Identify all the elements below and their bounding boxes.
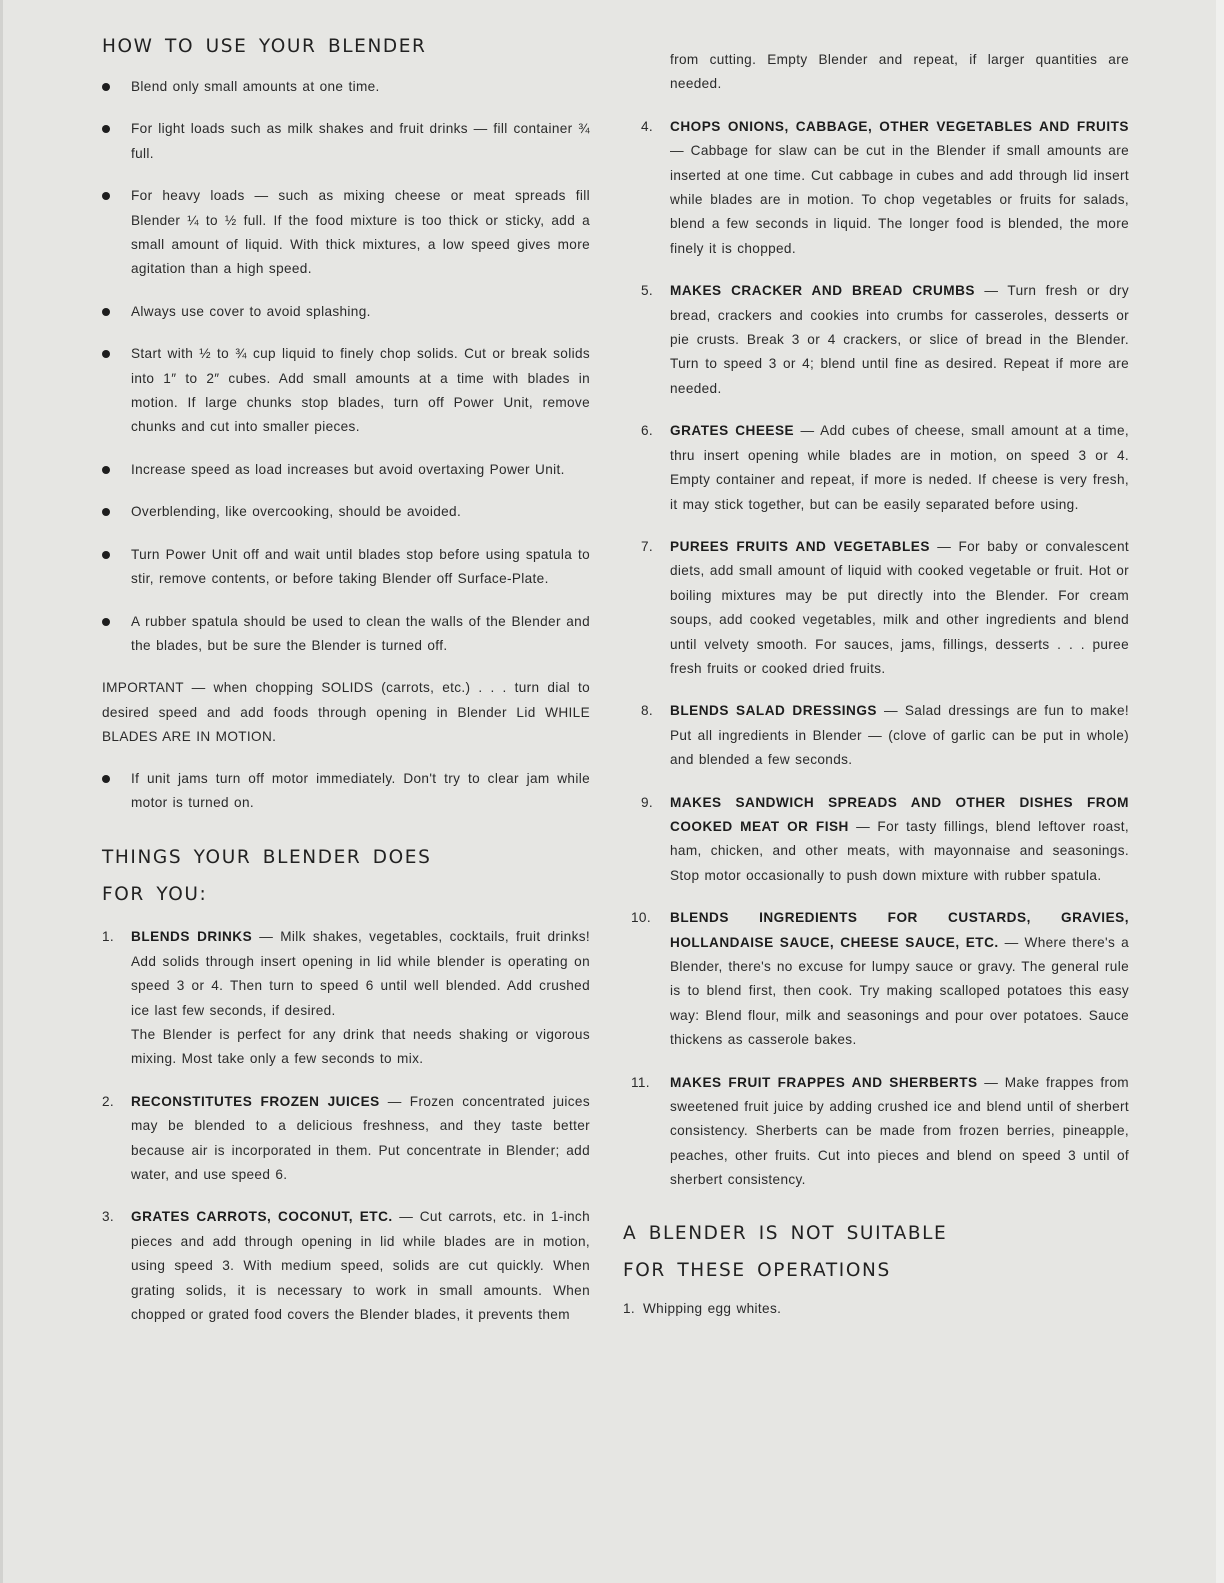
list-item: Overblending, like overcooking, should b… bbox=[102, 500, 590, 524]
item-title: GRATES CARROTS, COCONUT, ETC. bbox=[131, 1209, 393, 1224]
list-item: For heavy loads — such as mixing cheese … bbox=[102, 184, 590, 282]
tip-text: Turn Power Unit off and wait until blade… bbox=[131, 547, 590, 586]
item-number: 4. bbox=[641, 115, 653, 139]
item-title: PUREES FRUITS AND VEGETABLES bbox=[670, 539, 930, 554]
important-note: IMPORTANT — when chopping SOLIDS (carrot… bbox=[102, 676, 590, 749]
item-body: — Cabbage for slaw can be cut in the Ble… bbox=[670, 143, 1129, 256]
jam-tip-list: If unit jams turn off motor immediately.… bbox=[102, 767, 590, 816]
bullet-icon bbox=[102, 192, 110, 200]
left-column: HOW TO USE YOUR BLENDER Blend only small… bbox=[102, 0, 590, 1345]
features-list-left: 1. BLENDS DRINKS — Milk shakes, vegetabl… bbox=[102, 925, 590, 1327]
list-item: Blend only small amounts at one time. bbox=[102, 75, 590, 99]
list-item: 6. GRATES CHEESE — Add cubes of cheese, … bbox=[641, 419, 1129, 517]
page-edge-left bbox=[0, 0, 3, 1583]
features-list-right: 4. CHOPS ONIONS, CABBAGE, OTHER VEGETABL… bbox=[641, 115, 1129, 1193]
tip-text: Blend only small amounts at one time. bbox=[131, 79, 380, 94]
item-body: — Make frappes from sweetened fruit juic… bbox=[670, 1075, 1129, 1188]
not-suitable-list: 1. Whipping egg whites. bbox=[623, 1297, 1129, 1321]
tip-text: If unit jams turn off motor immediately.… bbox=[131, 771, 590, 810]
list-item: If unit jams turn off motor immediately.… bbox=[102, 767, 590, 816]
bullet-icon bbox=[102, 83, 110, 91]
list-item: 10. BLENDS INGREDIENTS FOR CUSTARDS, GRA… bbox=[641, 906, 1129, 1052]
list-item: 7. PUREES FRUITS AND VEGETABLES — For ba… bbox=[641, 535, 1129, 681]
tip-text: Overblending, like overcooking, should b… bbox=[131, 504, 461, 519]
item-title: CHOPS ONIONS, CABBAGE, OTHER VEGETABLES … bbox=[670, 119, 1129, 134]
item-title: RECONSTITUTES FROZEN JUICES bbox=[131, 1094, 380, 1109]
bullet-icon bbox=[102, 308, 110, 316]
item-number: 7. bbox=[641, 535, 653, 559]
list-item: Turn Power Unit off and wait until blade… bbox=[102, 543, 590, 592]
bullet-icon bbox=[102, 466, 110, 474]
tip-text: Start with ½ to ¾ cup liquid to finely c… bbox=[131, 346, 590, 434]
list-item: Increase speed as load increases but avo… bbox=[102, 458, 590, 482]
bullet-icon bbox=[102, 618, 110, 626]
item-body: — Cut carrots, etc. in 1-inch pieces and… bbox=[131, 1209, 590, 1322]
bullet-icon bbox=[102, 551, 110, 559]
right-column: from cutting. Empty Blender and repeat, … bbox=[641, 0, 1129, 1321]
item-number: 8. bbox=[641, 699, 653, 723]
list-item: For light loads such as milk shakes and … bbox=[102, 117, 590, 166]
how-to-use-heading: HOW TO USE YOUR BLENDER bbox=[102, 28, 590, 65]
item-number: 11. bbox=[631, 1071, 650, 1095]
item-text: Whipping egg whites. bbox=[643, 1301, 781, 1316]
list-item: Start with ½ to ¾ cup liquid to finely c… bbox=[102, 342, 590, 440]
list-item: 8. BLENDS SALAD DRESSINGS — Salad dressi… bbox=[641, 699, 1129, 772]
list-item: 3. GRATES CARROTS, COCONUT, ETC. — Cut c… bbox=[102, 1205, 590, 1327]
things-heading-line2: FOR YOU: bbox=[102, 876, 590, 913]
page-edge-right bbox=[1216, 0, 1224, 1583]
item-title: BLENDS DRINKS bbox=[131, 929, 252, 944]
list-item: 2. RECONSTITUTES FROZEN JUICES — Frozen … bbox=[102, 1090, 590, 1188]
item-body: — Where there's a Blender, there's no ex… bbox=[670, 935, 1129, 1048]
item-number: 1. bbox=[102, 925, 114, 949]
list-item: A rubber spatula should be used to clean… bbox=[102, 610, 590, 659]
usage-tips-list: Blend only small amounts at one time. Fo… bbox=[102, 75, 590, 658]
things-heading-line1: THINGS YOUR BLENDER DOES bbox=[102, 839, 590, 876]
list-item: Always use cover to avoid splashing. bbox=[102, 300, 590, 324]
bullet-icon bbox=[102, 508, 110, 516]
item-number: 5. bbox=[641, 279, 653, 303]
item-title: BLENDS SALAD DRESSINGS bbox=[670, 703, 877, 718]
not-suitable-heading-line1: A BLENDER IS NOT SUITABLE bbox=[623, 1215, 1129, 1252]
tip-text: For heavy loads — such as mixing cheese … bbox=[131, 188, 590, 276]
item-number: 10. bbox=[631, 906, 651, 930]
item-number: 6. bbox=[641, 419, 653, 443]
tip-text: A rubber spatula should be used to clean… bbox=[131, 614, 590, 653]
item-title: GRATES CHEESE bbox=[670, 423, 794, 438]
list-item: 11. MAKES FRUIT FRAPPES AND SHERBERTS — … bbox=[641, 1071, 1129, 1193]
list-item: 1. Whipping egg whites. bbox=[623, 1297, 1129, 1321]
item-number: 1. bbox=[623, 1297, 635, 1321]
item-body: — For baby or convalescent diets, add sm… bbox=[670, 539, 1129, 676]
list-item: 5. MAKES CRACKER AND BREAD CRUMBS — Turn… bbox=[641, 279, 1129, 401]
bullet-icon bbox=[102, 125, 110, 133]
bullet-icon bbox=[102, 775, 110, 783]
item-body: — Turn fresh or dry bread, crackers and … bbox=[670, 283, 1129, 396]
item-title: MAKES CRACKER AND BREAD CRUMBS bbox=[670, 283, 975, 298]
tip-text: Increase speed as load increases but avo… bbox=[131, 462, 565, 477]
item-extra: The Blender is perfect for any drink tha… bbox=[131, 1023, 590, 1072]
item-title: MAKES FRUIT FRAPPES AND SHERBERTS bbox=[670, 1075, 978, 1090]
list-item: 9. MAKES SANDWICH SPREADS AND OTHER DISH… bbox=[641, 791, 1129, 889]
list-item: 4. CHOPS ONIONS, CABBAGE, OTHER VEGETABL… bbox=[641, 115, 1129, 261]
item-number: 2. bbox=[102, 1090, 114, 1114]
item-3-continuation: from cutting. Empty Blender and repeat, … bbox=[670, 48, 1129, 97]
tip-text: Always use cover to avoid splashing. bbox=[131, 304, 371, 319]
list-item: 1. BLENDS DRINKS — Milk shakes, vegetabl… bbox=[102, 925, 590, 1071]
tip-text: For light loads such as milk shakes and … bbox=[131, 121, 590, 160]
item-number: 9. bbox=[641, 791, 653, 815]
bullet-icon bbox=[102, 350, 110, 358]
item-number: 3. bbox=[102, 1205, 114, 1229]
not-suitable-heading-line2: FOR THESE OPERATIONS bbox=[623, 1252, 1129, 1289]
